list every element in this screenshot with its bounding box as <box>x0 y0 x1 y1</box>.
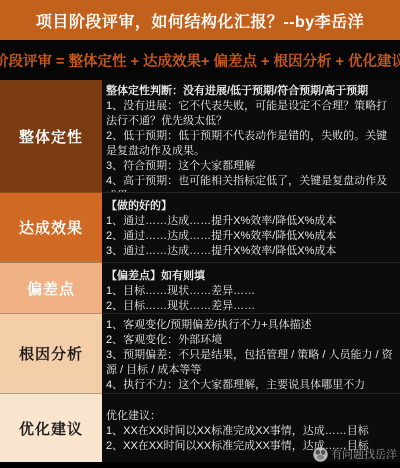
content-line: 3、预期偏差：不只是结果，包括管理 / 策略 / 人员能力 / 资源 / 目标 … <box>106 348 398 378</box>
section-label-overall-rating: 整体定性 <box>0 80 102 192</box>
content-line: 1、客观变化/预期偏差/执行不力+具体描述 <box>106 318 398 333</box>
section-heading: 【偏差点】如有则填 <box>106 269 398 284</box>
section-heading: 整体定性判断：没有进展/低于预期/符合预期/高于预期 <box>106 84 398 99</box>
content-line: 2、通过……达成……提升X%效率/降低X%成本 <box>106 229 398 244</box>
slide: 项目阶段评审，如何结构化汇报？--by李岳洋 阶段评审 = 整体定性 + 达成效… <box>0 0 400 468</box>
content-line: 3、通过……达成……提升X%效率/降低X%成本 <box>106 244 398 259</box>
section-content-suggestions: 优化建议： 1、XX在XX时间以XX标准完成XX事情，达成……目标 2、XX在X… <box>102 393 400 462</box>
section-row-suggestions: 优化建议 优化建议： 1、XX在XX时间以XX标准完成XX事情，达成……目标 2… <box>0 393 400 462</box>
content-line: 2、客观变化：外部环境 <box>106 333 398 348</box>
page-title: 项目阶段评审，如何结构化汇报？--by李岳洋 <box>36 9 364 32</box>
section-row-deviations: 偏差点 【偏差点】如有则填 1、目标……现状……差异…… 2、目标……现状……差… <box>0 262 400 313</box>
section-content-achievements: 【做的好的】 1、通过……达成……提升X%效率/降低X%成本 2、通过……达成…… <box>102 192 400 262</box>
content-line: 2、XX在XX时间以XX标准完成XX事情，达成……目标 <box>106 439 398 454</box>
section-label-root-cause: 根因分析 <box>0 313 102 393</box>
section-heading: 优化建议： <box>106 409 398 424</box>
section-label-deviations: 偏差点 <box>0 262 102 313</box>
section-content-root-cause: 1、客观变化/预期偏差/执行不力+具体描述 2、客观变化：外部环境 3、预期偏差… <box>102 313 400 393</box>
section-row-root-cause: 根因分析 1、客观变化/预期偏差/执行不力+具体描述 2、客观变化：外部环境 3… <box>0 313 400 393</box>
content-line: 2、低于预期：低于预期不代表动作是错的，失败的。关键是复盘动作及成果。 <box>106 129 398 159</box>
section-label-achievements: 达成效果 <box>0 192 102 262</box>
content-line: 4、执行不力：这个大家都理解，主要说具体哪里不力 <box>106 378 398 393</box>
section-content-deviations: 【偏差点】如有则填 1、目标……现状……差异…… 2、目标……现状……差异…… <box>102 262 400 313</box>
content-line: 1、XX在XX时间以XX标准完成XX事情，达成……目标 <box>106 424 398 439</box>
content-line: 2、目标……现状……差异…… <box>106 299 398 314</box>
content-line: 1、目标……现状……差异…… <box>106 284 398 299</box>
content-line: 3、符合预期：这个大家都理解 <box>106 159 398 174</box>
formula-text: 阶段评审 = 整体定性 + 达成效果+ 偏差点 + 根因分析 + 优化建议 <box>0 50 400 71</box>
content-line: 1、通过……达成……提升X%效率/降低X%成本 <box>106 214 398 229</box>
main-grid: 整体定性 整体定性判断：没有进展/低于预期/符合预期/高于预期 1、没有进展：它… <box>0 80 400 462</box>
section-heading: 【做的好的】 <box>106 199 398 214</box>
formula-bar: 阶段评审 = 整体定性 + 达成效果+ 偏差点 + 根因分析 + 优化建议 <box>0 40 400 80</box>
section-row-achievements: 达成效果 【做的好的】 1、通过……达成……提升X%效率/降低X%成本 2、通过… <box>0 192 400 262</box>
section-content-overall-rating: 整体定性判断：没有进展/低于预期/符合预期/高于预期 1、没有进展：它不代表失败… <box>102 80 400 192</box>
section-row-overall-rating: 整体定性 整体定性判断：没有进展/低于预期/符合预期/高于预期 1、没有进展：它… <box>0 80 400 192</box>
content-line: 1、没有进展：它不代表失败，可能是设定不合理？策略打法行不通？优先级太低？ <box>106 99 398 129</box>
section-label-suggestions: 优化建议 <box>0 393 102 462</box>
header-banner: 项目阶段评审，如何结构化汇报？--by李岳洋 <box>0 0 400 40</box>
